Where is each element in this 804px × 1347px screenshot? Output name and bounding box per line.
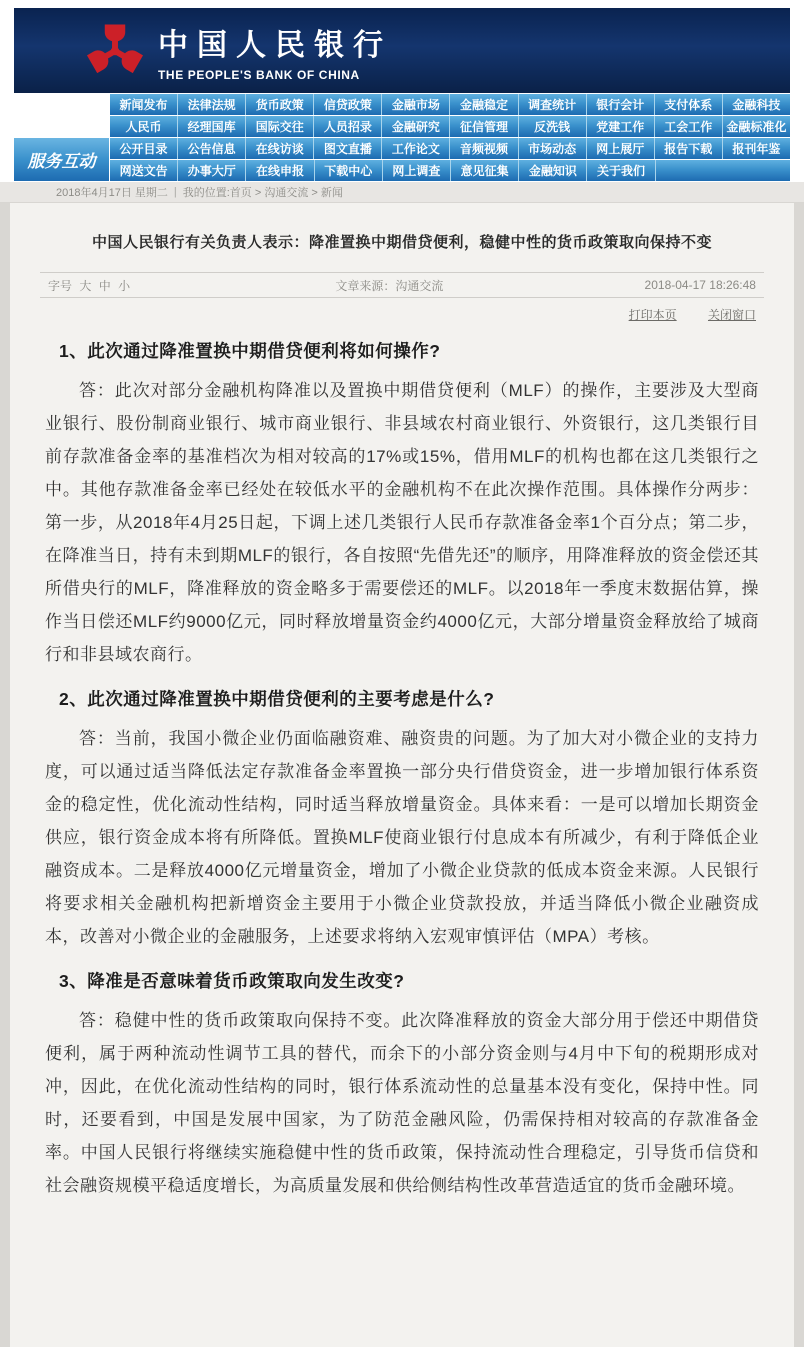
nav-item-payment-system[interactable]: 支付体系 — [655, 94, 723, 115]
nav-item-online-gallery[interactable]: 网上展厅 — [587, 138, 655, 159]
nav-item-rmb[interactable]: 人民币 — [110, 116, 178, 137]
question-1: 1、此次通过降准置换中期借贷便利将如何操作? — [45, 335, 759, 368]
article-body: 1、此次通过降准置换中期借贷便利将如何操作? 答：此次对部分金融机构降准以及置换… — [45, 335, 759, 1202]
bank-name-en: THE PEOPLE'S BANK OF CHINA — [158, 68, 392, 82]
nav-item-credit-policy[interactable]: 信贷政策 — [314, 94, 382, 115]
nav-item-statistics[interactable]: 调查统计 — [519, 94, 587, 115]
article-source: 文章来源：沟通交流 — [335, 277, 443, 294]
nav-item-financial-stability[interactable]: 金融稳定 — [450, 94, 518, 115]
nav-filler — [656, 160, 790, 181]
breadcrumb-path[interactable]: 我的位置:首页 > 沟通交流 > 新闻 — [183, 184, 343, 200]
site-header: 中国人民银行 THE PEOPLE'S BANK OF CHINA — [14, 8, 790, 93]
current-date: 2018年4月17日 星期二 — [56, 184, 168, 200]
question-3: 3、降准是否意味着货币政策取向发生改变? — [45, 965, 759, 998]
nav-item-financial-knowledge[interactable]: 金融知识 — [519, 160, 587, 181]
question-2: 2、此次通过降准置换中期借贷便利的主要考虑是什么? — [45, 683, 759, 716]
nav-item-credit-info[interactable]: 征信管理 — [450, 116, 518, 137]
nav-item-market-updates[interactable]: 市场动态 — [519, 138, 587, 159]
nav-item-service-hall[interactable]: 办事大厅 — [178, 160, 246, 181]
article-title: 中国人民银行有关负责人表示：降准置换中期借贷便利，稳健中性的货币政策取向保持不变 — [10, 231, 794, 252]
print-page-link[interactable]: 打印本页 — [629, 308, 677, 322]
nav-item-announcements[interactable]: 公告信息 — [178, 138, 246, 159]
breadcrumb-separator: | — [174, 186, 177, 198]
nav-item-periodicals[interactable]: 报刊年鉴 — [723, 138, 790, 159]
font-size-small-button[interactable]: 小 — [118, 279, 130, 293]
font-size-medium-button[interactable]: 中 — [99, 279, 111, 293]
nav-item-web-notices[interactable]: 网送文告 — [110, 160, 178, 181]
nav-row-3: 公开目录 公告信息 在线访谈 图文直播 工作论文 音频视频 市场动态 网上展厅 … — [110, 138, 790, 159]
nav-item-research[interactable]: 金融研究 — [382, 116, 450, 137]
pbc-logo-icon — [86, 21, 144, 81]
article-datetime: 2018-04-17 18:26:48 — [645, 278, 756, 292]
font-size-large-button[interactable]: 大 — [79, 279, 91, 293]
font-size-label: 字号 — [48, 279, 72, 293]
nav-item-anti-money-laundering[interactable]: 反洗钱 — [519, 116, 587, 137]
nav-item-international[interactable]: 国际交往 — [246, 116, 314, 137]
nav-item-standards[interactable]: 金融标准化 — [723, 116, 790, 137]
nav-item-feedback[interactable]: 意见征集 — [451, 160, 519, 181]
nav-item-treasury[interactable]: 经理国库 — [178, 116, 246, 137]
content-area: 中国人民银行有关负责人表示：降准置换中期借贷便利，稳健中性的货币政策取向保持不变… — [0, 203, 804, 1347]
nav-item-news[interactable]: 新闻发布 — [110, 94, 178, 115]
article-meta-bar: 字号 大 中 小 文章来源：沟通交流 2018-04-17 18:26:48 — [40, 272, 764, 298]
nav-item-monetary-policy[interactable]: 货币政策 — [246, 94, 314, 115]
main-nav: 新闻发布 法律法规 货币政策 信贷政策 金融市场 金融稳定 调查统计 银行会计 … — [14, 94, 790, 182]
service-interaction-tab[interactable]: 服务互动 — [14, 138, 109, 181]
nav-item-public-catalog[interactable]: 公开目录 — [110, 138, 178, 159]
nav-item-working-papers[interactable]: 工作论文 — [382, 138, 450, 159]
answer-1: 答：此次对部分金融机构降准以及置换中期借贷便利（MLF）的操作，主要涉及大型商业… — [45, 374, 759, 671]
nav-row-1: 新闻发布 法律法规 货币政策 信贷政策 金融市场 金融稳定 调查统计 银行会计 … — [110, 94, 790, 115]
breadcrumb: 2018年4月17日 星期二 | 我的位置:首页 > 沟通交流 > 新闻 — [0, 182, 804, 203]
nav-item-recruitment[interactable]: 人员招录 — [314, 116, 382, 137]
nav-item-bank-accounting[interactable]: 银行会计 — [587, 94, 655, 115]
nav-item-about-us[interactable]: 关于我们 — [587, 160, 655, 181]
answer-2: 答：当前，我国小微企业仍面临融资难、融资贵的问题。为了加大对小微企业的支持力度，… — [45, 722, 759, 953]
nav-item-union[interactable]: 工会工作 — [655, 116, 723, 137]
answer-3: 答：稳健中性的货币政策取向保持不变。此次降准释放的资金大部分用于偿还中期借贷便利… — [45, 1004, 759, 1202]
nav-row-2: 人民币 经理国库 国际交往 人员招录 金融研究 征信管理 反洗钱 党建工作 工会… — [110, 116, 790, 137]
nav-item-laws[interactable]: 法律法规 — [178, 94, 246, 115]
article-actions: 打印本页 关闭窗口 — [48, 306, 756, 323]
nav-item-report-download[interactable]: 报告下载 — [655, 138, 723, 159]
article-panel: 中国人民银行有关负责人表示：降准置换中期借贷便利，稳健中性的货币政策取向保持不变… — [10, 203, 794, 1347]
nav-item-fintech[interactable]: 金融科技 — [723, 94, 790, 115]
nav-item-online-survey[interactable]: 网上调查 — [383, 160, 451, 181]
nav-item-online-filing[interactable]: 在线申报 — [246, 160, 314, 181]
nav-item-audio-video[interactable]: 音频视频 — [450, 138, 518, 159]
nav-item-financial-market[interactable]: 金融市场 — [382, 94, 450, 115]
nav-item-online-interview[interactable]: 在线访谈 — [246, 138, 314, 159]
nav-item-live-broadcast[interactable]: 图文直播 — [314, 138, 382, 159]
nav-item-party-building[interactable]: 党建工作 — [587, 116, 655, 137]
font-size-controls: 字号 大 中 小 — [48, 277, 134, 294]
close-window-link[interactable]: 关闭窗口 — [708, 308, 756, 322]
nav-row-4: 网送文告 办事大厅 在线申报 下载中心 网上调查 意见征集 金融知识 关于我们 — [110, 160, 790, 181]
bank-name-cn: 中国人民银行 — [158, 20, 392, 64]
nav-item-download-center[interactable]: 下载中心 — [315, 160, 383, 181]
